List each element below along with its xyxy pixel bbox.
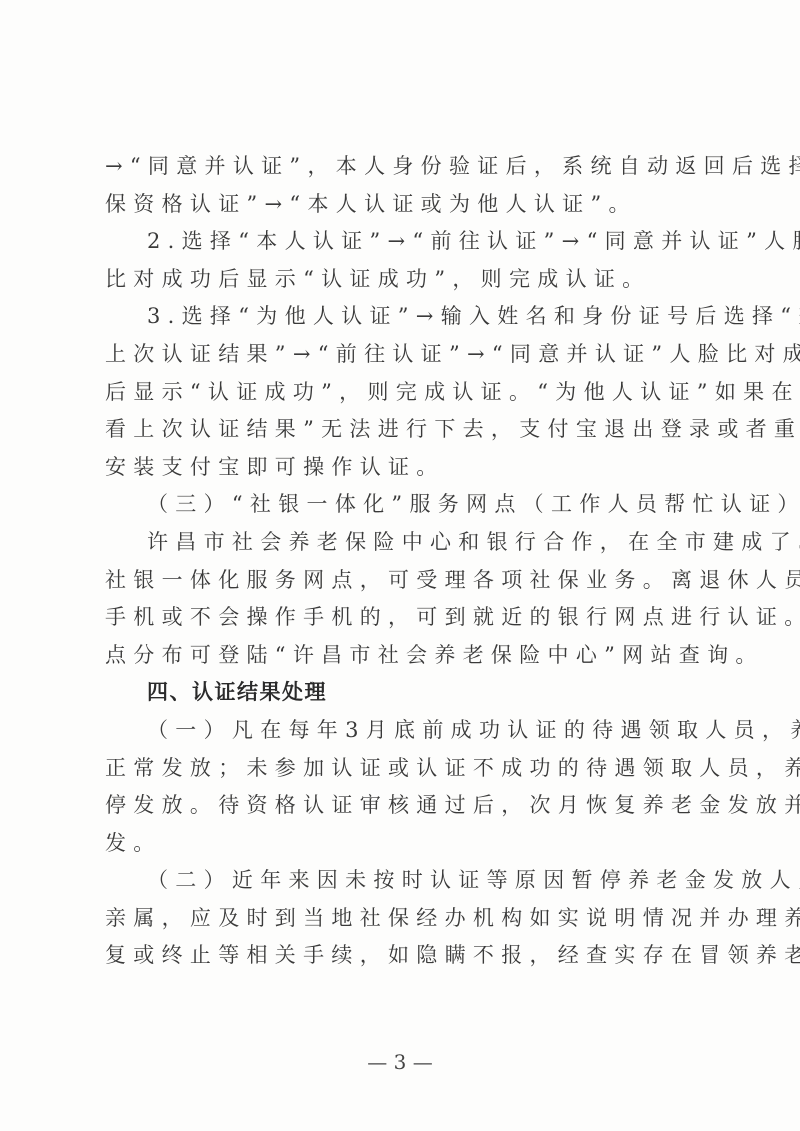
- paragraph-line: 正常发放；未参加认证或认证不成功的待遇领取人员，养老金暂: [105, 750, 697, 788]
- subsection-title-3: （三）“社银一体化”服务网点（工作人员帮忙认证）: [105, 486, 697, 524]
- paragraph-line: 发。: [105, 825, 697, 863]
- paragraph-line: 上次认证结果”→“前往认证”→“同意并认证”人脸比对成功: [105, 336, 697, 374]
- paragraph-line: 社银一体化服务网点，可受理各项社保业务。离退休人员无智能: [105, 562, 697, 600]
- paragraph-line: 亲属，应及时到当地社保经办机构如实说明情况并办理养老金恢: [105, 900, 697, 938]
- paragraph-line: →“同意并认证”，本人身份验证后，系统自动返回后选择“社: [105, 148, 697, 186]
- paragraph-line: 点分布可登陆“许昌市社会养老保险中心”网站查询。: [105, 637, 697, 675]
- page-number: — 3 —: [0, 1050, 800, 1074]
- paragraph-line: 复或终止等相关手续，如隐瞒不报，经查实存在冒领养老金行为: [105, 937, 697, 975]
- step-3-line: 3.选择“为他人认证”→输入姓名和身份证号后选择“查看: [105, 298, 697, 336]
- paragraph-line: 看上次认证结果”无法进行下去，支付宝退出登录或者重新下载: [105, 411, 697, 449]
- subsection-2-line: （二）近年来因未按时认证等原因暂停养老金发放人员或其: [105, 862, 697, 900]
- paragraph-line: 安装支付宝即可操作认证。: [105, 449, 697, 487]
- paragraph-line: 手机或不会操作手机的，可到就近的银行网点进行认证。具体网: [105, 599, 697, 637]
- paragraph-line: 保资格认证”→“本人认证或为他人认证”。: [105, 186, 697, 224]
- step-2-line: 2.选择“本人认证”→“前往认证”→“同意并认证”人脸: [105, 223, 697, 261]
- section-heading-4: 四、认证结果处理: [105, 674, 697, 712]
- subsection-1-line: （一）凡在每年3月底前成功认证的待遇领取人员，养老金: [105, 712, 697, 750]
- paragraph-line: 许昌市社会养老保险中心和银行合作，在全市建成了57个: [105, 524, 697, 562]
- paragraph-line: 比对成功后显示“认证成功”，则完成认证。: [105, 261, 697, 299]
- paragraph-line: 后显示“认证成功”，则完成认证。“为他人认证”如果在“查: [105, 374, 697, 412]
- paragraph-line: 停发放。待资格认证审核通过后，次月恢复养老金发放并给予补: [105, 787, 697, 825]
- document-body: →“同意并认证”，本人身份验证后，系统自动返回后选择“社 保资格认证”→“本人认…: [105, 148, 697, 975]
